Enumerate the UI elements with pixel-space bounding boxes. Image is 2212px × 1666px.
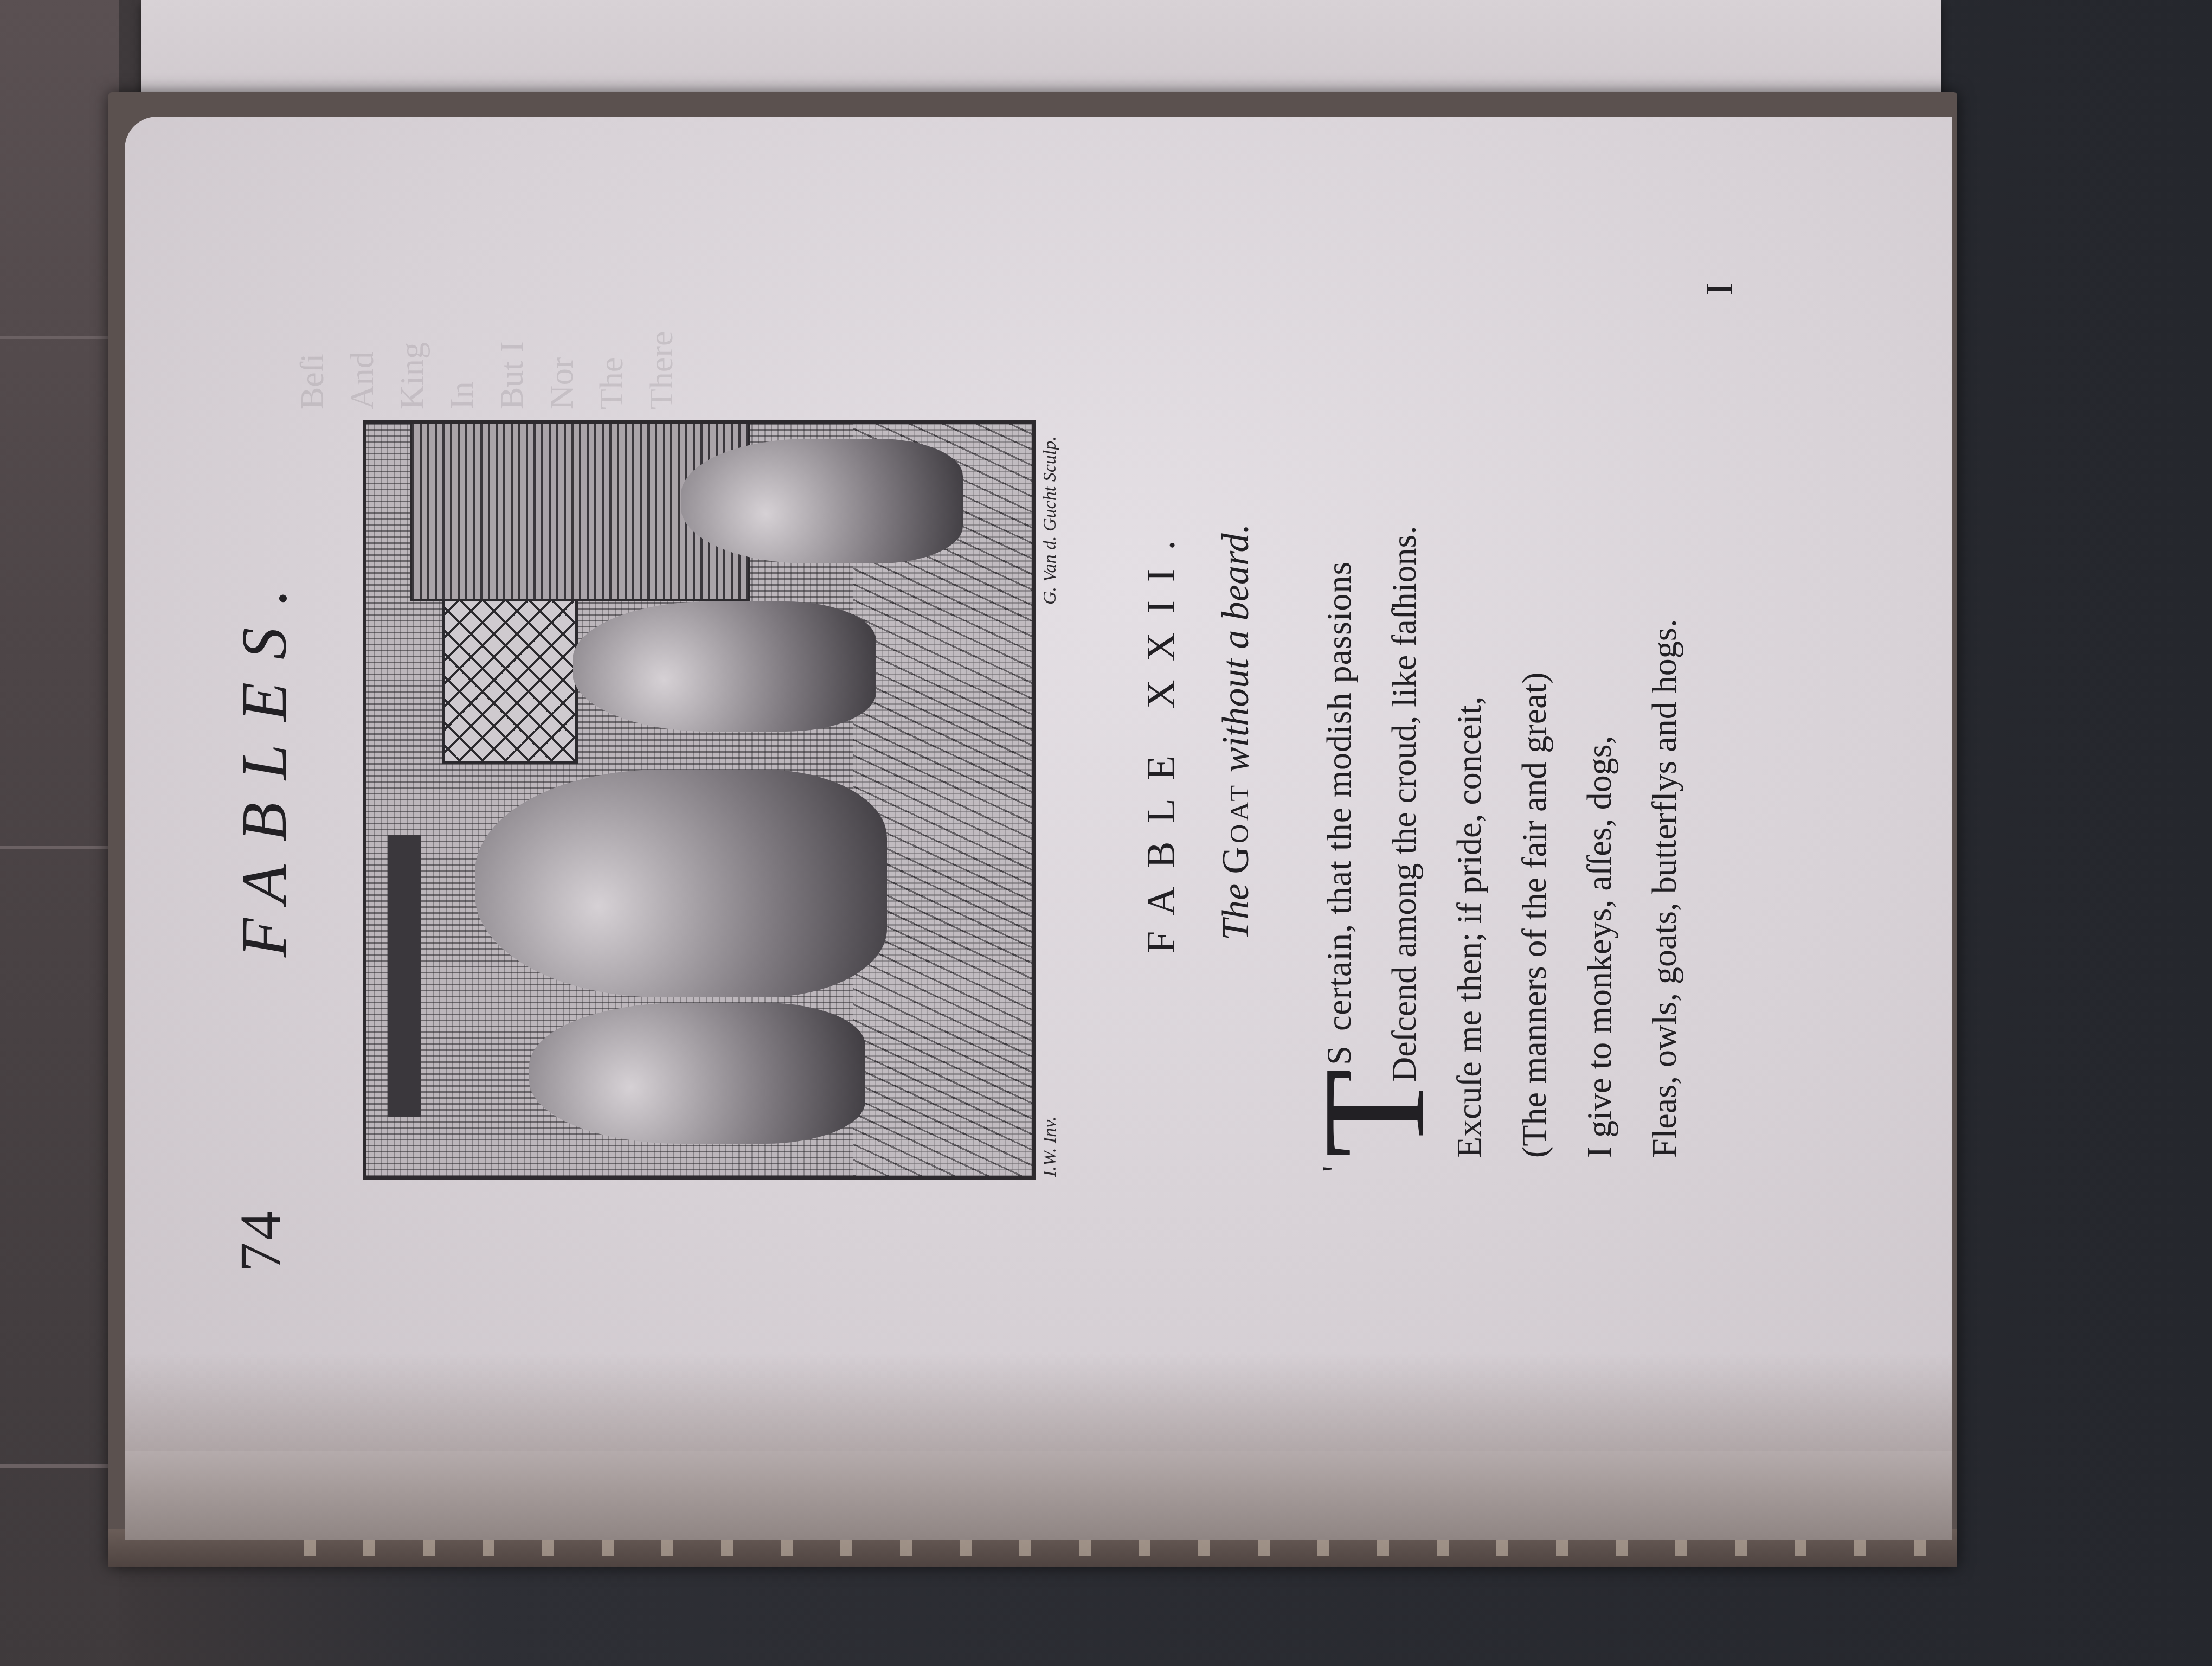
page-fore-edge	[125, 1443, 1952, 1540]
running-head: 74 FABLES.	[228, 117, 309, 1451]
page-number: 74	[228, 1209, 295, 1272]
reverse-show-through: Beſi And King In But I Nor The There	[287, 331, 686, 409]
fable-title-the: The	[1215, 883, 1257, 940]
engraving-wig-shelf	[388, 835, 421, 1117]
apostrophe: '	[1302, 1165, 1367, 1172]
verse-line-2: Deſcend among the croud, like faſhions.	[1372, 127, 1437, 1158]
running-title: FABLES.	[228, 566, 301, 957]
engraving-goat-seated	[475, 770, 887, 997]
page-content-rotated: Beſi And King In But I Nor The There 74 …	[125, 117, 1952, 1451]
desk-surface	[0, 0, 119, 1666]
fable-number-heading: FABLE XXII.	[1139, 117, 1185, 1451]
drop-cap: T	[1312, 1068, 1437, 1158]
engraving-lattice-window	[442, 596, 578, 764]
engraving-inventor-credit: I.W. Inv.	[1040, 1117, 1060, 1177]
verse-line-6: Fleas, owls, goats, butterflys and hogs.	[1632, 127, 1697, 1158]
book-page: Beſi And King In But I Nor The There 74 …	[125, 117, 1952, 1451]
desk-edge-line	[0, 336, 119, 339]
fable-title-goat: Goat	[1215, 782, 1257, 874]
verse-line-3: Excuſe me then; if pride, conceit,	[1437, 127, 1502, 1158]
fable-title: The Goat without a beard.	[1214, 117, 1258, 1451]
engraving-monkey-barber	[529, 1003, 865, 1144]
engraving-illustration	[363, 420, 1036, 1180]
verse-line-4: (The manners of the fair and great)	[1502, 127, 1567, 1158]
engraving-monkey-at-window	[681, 439, 963, 563]
fable-title-rest: without a beard.	[1215, 524, 1257, 772]
photo-background: Beſi And King In But I Nor The There 74 …	[0, 0, 2212, 1666]
verse-block: ' T IS certain, that the modish passions…	[1307, 127, 1697, 1158]
verse-line-5: I give to monkeys, aſſes, dogs,	[1567, 127, 1632, 1158]
desk-edge-line	[0, 1464, 119, 1468]
desk-edge-line	[0, 846, 119, 849]
verse-line-1: ' T IS certain, that the modish passions	[1307, 127, 1372, 1158]
engraving-monkey-with-basin	[573, 601, 876, 732]
engraving-engraver-credit: G. Van d. Gucht Sculp.	[1040, 436, 1060, 605]
catchword: I	[1697, 283, 1742, 296]
verse-line-1-text: certain, that the modish passions	[1320, 561, 1358, 1040]
